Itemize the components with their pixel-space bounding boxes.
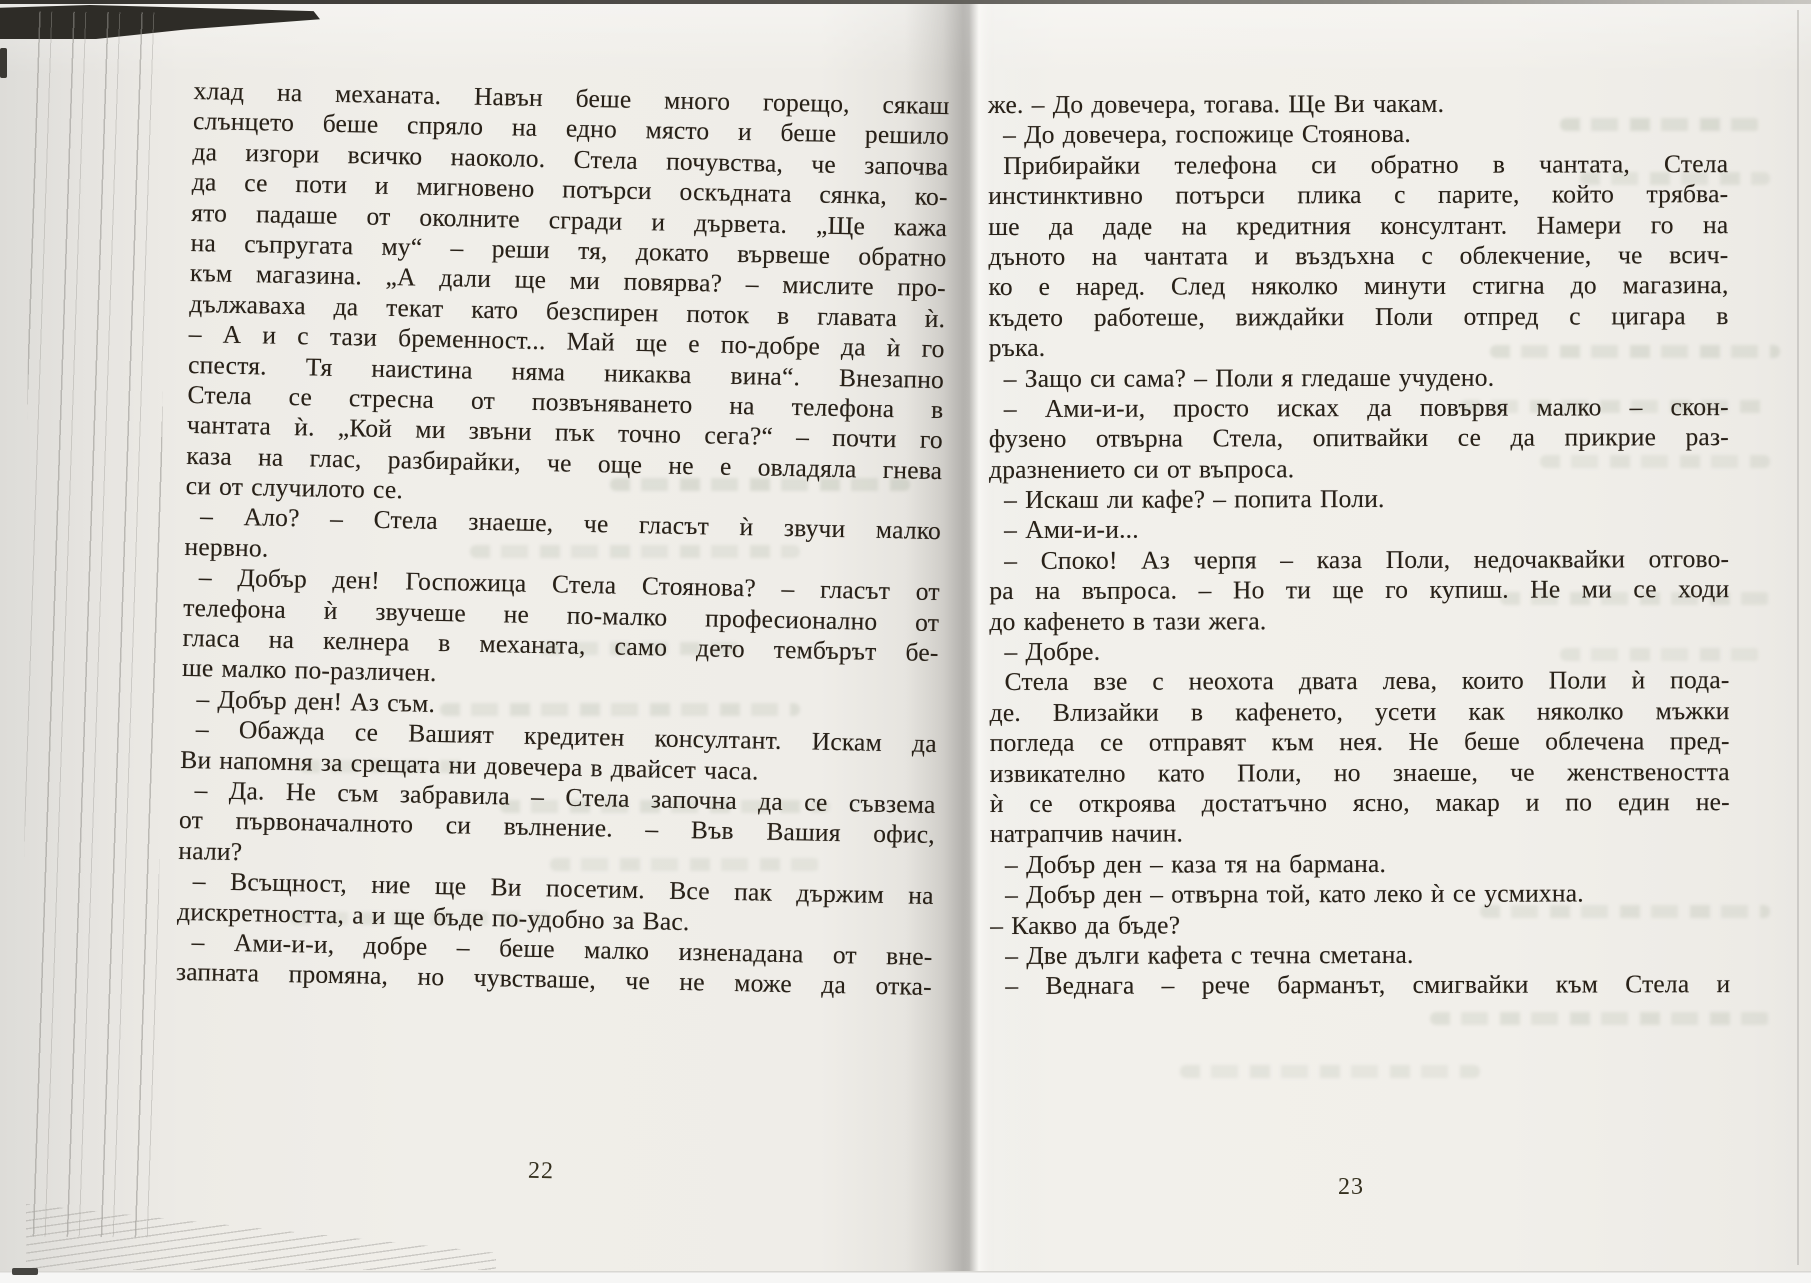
- book-cover-corner-fragment: [0, 48, 7, 78]
- text-line: ѝ се откроява достатъчно ясно, макар и п…: [990, 787, 1730, 819]
- text-line: дъното на чантата и въздъхна с облекчени…: [988, 240, 1728, 272]
- text-line: ше да даде на кредитния консултант. Наме…: [988, 210, 1728, 242]
- right-page-number: 23: [1338, 1174, 1364, 1201]
- text-line: – Искаш ли кафе? – попита Поли.: [989, 483, 1729, 515]
- text-line: до кафенето в тази жега.: [989, 605, 1729, 637]
- page-edge-fan-left: [22, 12, 166, 1238]
- scan-bottom-edge: [0, 1271, 1811, 1283]
- text-line: – Веднага – рече барманът, смигвайки към…: [990, 969, 1730, 1001]
- text-line: – Споко! Аз черпя – каза Поли, недочаква…: [989, 544, 1729, 576]
- text-line: – Добър ден – отвърна той, като леко ѝ с…: [990, 878, 1730, 910]
- text-line: Стела взе с неохота двата лева, които По…: [990, 665, 1730, 697]
- scan-bottom-corner-mark: [12, 1268, 38, 1275]
- text-line: където работеше, виждайки Поли отпред с …: [989, 301, 1729, 333]
- text-line: ко е наред. След няколко минути стигна д…: [988, 270, 1728, 302]
- text-line: фузено отвърна Стела, опитвайки се да пр…: [989, 422, 1729, 454]
- text-line: Прибирайки телефона си обратно в чантата…: [988, 149, 1728, 181]
- text-line: – Две дълги кафета с течна сметана.: [990, 939, 1730, 971]
- text-line: натрапчив начин.: [990, 817, 1730, 849]
- text-line: ра на въпроса. – Но ти ще го купиш. Не м…: [989, 574, 1729, 606]
- text-line: де. Влизайки в кафенето, усети как някол…: [990, 696, 1730, 728]
- text-line: же. – До довечера, тогава. Ще Ви чакам.: [988, 88, 1728, 120]
- text-line: – Ами-и-и...: [989, 514, 1729, 546]
- text-line: – До довечера, госпожице Стоянова.: [988, 118, 1728, 150]
- right-page-edge: [1797, 10, 1799, 1265]
- left-page-number: 22: [528, 1158, 555, 1185]
- book-spread-scan: хлад на механата. Навън беше много горещ…: [0, 0, 1811, 1283]
- text-line: ръка.: [989, 331, 1729, 363]
- text-line: – Ами-и-и, просто исках да повървя малко…: [989, 392, 1729, 424]
- text-line: извикателно като Поли, но знаеше, че жен…: [990, 757, 1730, 789]
- ink-bleed-smudge: [1180, 1065, 1480, 1078]
- text-line: – Какво да бъде?: [990, 909, 1730, 941]
- left-page-text: хлад на механата. Навън беше много горещ…: [176, 76, 950, 1003]
- text-line: инстинктивно потърси плика с парите, кой…: [988, 179, 1728, 211]
- text-line: погледа се отправят към нея. Не беше обл…: [990, 726, 1730, 758]
- right-page-text: же. – До довечера, тогава. Ще Ви чакам.–…: [988, 88, 1730, 1002]
- ink-bleed-smudge: [1430, 1012, 1770, 1025]
- text-line: – Добър ден – каза тя на бармана.: [990, 848, 1730, 880]
- text-line: дразнението си от въпроса.: [989, 453, 1729, 485]
- text-line: – Защо си сама? – Поли я гледаше учудено…: [989, 362, 1729, 394]
- text-line: – Добре.: [989, 635, 1729, 667]
